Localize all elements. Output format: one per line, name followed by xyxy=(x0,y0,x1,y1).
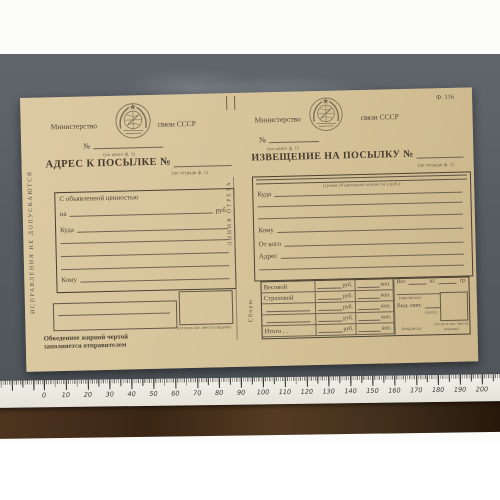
ruler-number: 130 xyxy=(322,387,335,395)
postmark-caption-right: (оттиск шт. места подачи) xyxy=(432,321,470,331)
margin-note-vertical: ИСПРАВЛЕНИЯ НЕ ДОПУСКАЮТСЯ xyxy=(26,132,40,352)
ruler-number: 50 xyxy=(149,390,157,398)
blank-line xyxy=(60,239,228,244)
page-title-left: АДРЕС К ПОСЫЛКЕ № xyxy=(45,157,171,170)
ruler-number: 80 xyxy=(215,389,223,397)
weight-row: Вес кг. гр. xyxy=(396,279,466,286)
white-background-bottom xyxy=(0,442,500,500)
ussr-emblem-icon xyxy=(308,96,344,132)
page-title-right: ИЗВЕЩЕНИЕ НА ПОСЫЛКУ № xyxy=(251,150,413,164)
ruler-number: 70 xyxy=(193,389,201,397)
ruler-number: 20 xyxy=(84,391,92,399)
weight-and-stamp-cell: Вес кг. гр. (прописью) Выд. квит. (дата)… xyxy=(393,277,471,335)
kuda-row-left: Куда xyxy=(60,223,228,234)
ruler-number: 190 xyxy=(454,386,467,394)
postmark-box-right xyxy=(440,292,469,322)
blank-line xyxy=(259,265,464,271)
form-number: Ф. 116 xyxy=(436,94,454,102)
blank-line xyxy=(61,265,229,270)
ot-kogo-row: От кого xyxy=(258,237,463,249)
declared-value-label: С объявленной ценностью xyxy=(59,193,138,203)
fees-vertical-label: Сборы xyxy=(247,271,257,351)
ministry-text-right: связи СССР xyxy=(158,120,196,130)
ruler-number: 150 xyxy=(366,387,379,395)
ruler-number: 140 xyxy=(344,387,357,395)
title-caption-left: (по тетради ф. 1) xyxy=(172,170,208,176)
cut-mark-tick xyxy=(226,96,227,110)
cut-mark-tick xyxy=(234,96,235,110)
number-row-right: № xyxy=(259,135,319,144)
ministry-text-left: Министерство xyxy=(51,122,97,132)
sender-note: Обведенное жирной чертой заполняется отп… xyxy=(44,333,166,351)
declared-value-box: С объявленной ценностью на руб. Куда Ком… xyxy=(54,188,236,293)
ruler-number: 180 xyxy=(432,386,445,394)
ministry-text-right: связи СССР xyxy=(360,113,398,123)
blank-line xyxy=(258,214,463,220)
ruler-number: 90 xyxy=(237,389,245,397)
postal-form-sheet: ИСПРАВЛЕНИЯ НЕ ДОПУСКАЮТСЯ Министерство … xyxy=(20,87,478,372)
fees-table: Весовой руб. коп. Страховой руб. коп. ру… xyxy=(260,276,470,339)
blank-line xyxy=(58,313,170,317)
ruler-number: 100 xyxy=(257,388,270,396)
vyd-caption: (дата) xyxy=(425,310,437,315)
notice-box: (сумма объявленной ценности в руб.) Куда… xyxy=(252,171,473,281)
ruler-number: 0 xyxy=(42,391,46,399)
ussr-emblem-icon xyxy=(114,102,152,140)
blank-line xyxy=(61,252,229,257)
photo-of-postal-form: ИСПРАВЛЕНИЯ НЕ ДОПУСКАЮТСЯ Министерство … xyxy=(0,0,500,500)
ruler-number: 110 xyxy=(279,388,292,396)
ruler-number: 40 xyxy=(127,390,135,398)
ruler-number: 160 xyxy=(388,386,401,394)
title-caption-right: (по тетради ф. 1) xyxy=(418,162,454,168)
number-row-left: № xyxy=(83,141,163,150)
ruler-number: 10 xyxy=(62,391,70,399)
propis-caption: (прописью) xyxy=(399,295,422,300)
ministry-text-left: Министерство xyxy=(255,115,301,125)
adres-row: Адрес xyxy=(259,249,464,261)
amount-row: на руб. xyxy=(60,207,228,218)
ruler-number: 170 xyxy=(410,386,423,394)
ruler-number: 120 xyxy=(301,388,314,396)
komu-row-right: Кому xyxy=(258,223,463,235)
ruler-number: 60 xyxy=(171,389,179,397)
postmark-caption-left: (оттиск шт. места подачи) xyxy=(171,324,237,331)
podpis-caption: (подпись) xyxy=(401,326,421,332)
ruler-number: 200 xyxy=(476,385,489,393)
blank-line xyxy=(258,202,463,208)
komu-row-left: Кому xyxy=(61,273,229,284)
postmark-box-left xyxy=(179,290,234,325)
komu-continuation-box xyxy=(53,300,178,331)
ruler-number: 30 xyxy=(106,390,114,398)
